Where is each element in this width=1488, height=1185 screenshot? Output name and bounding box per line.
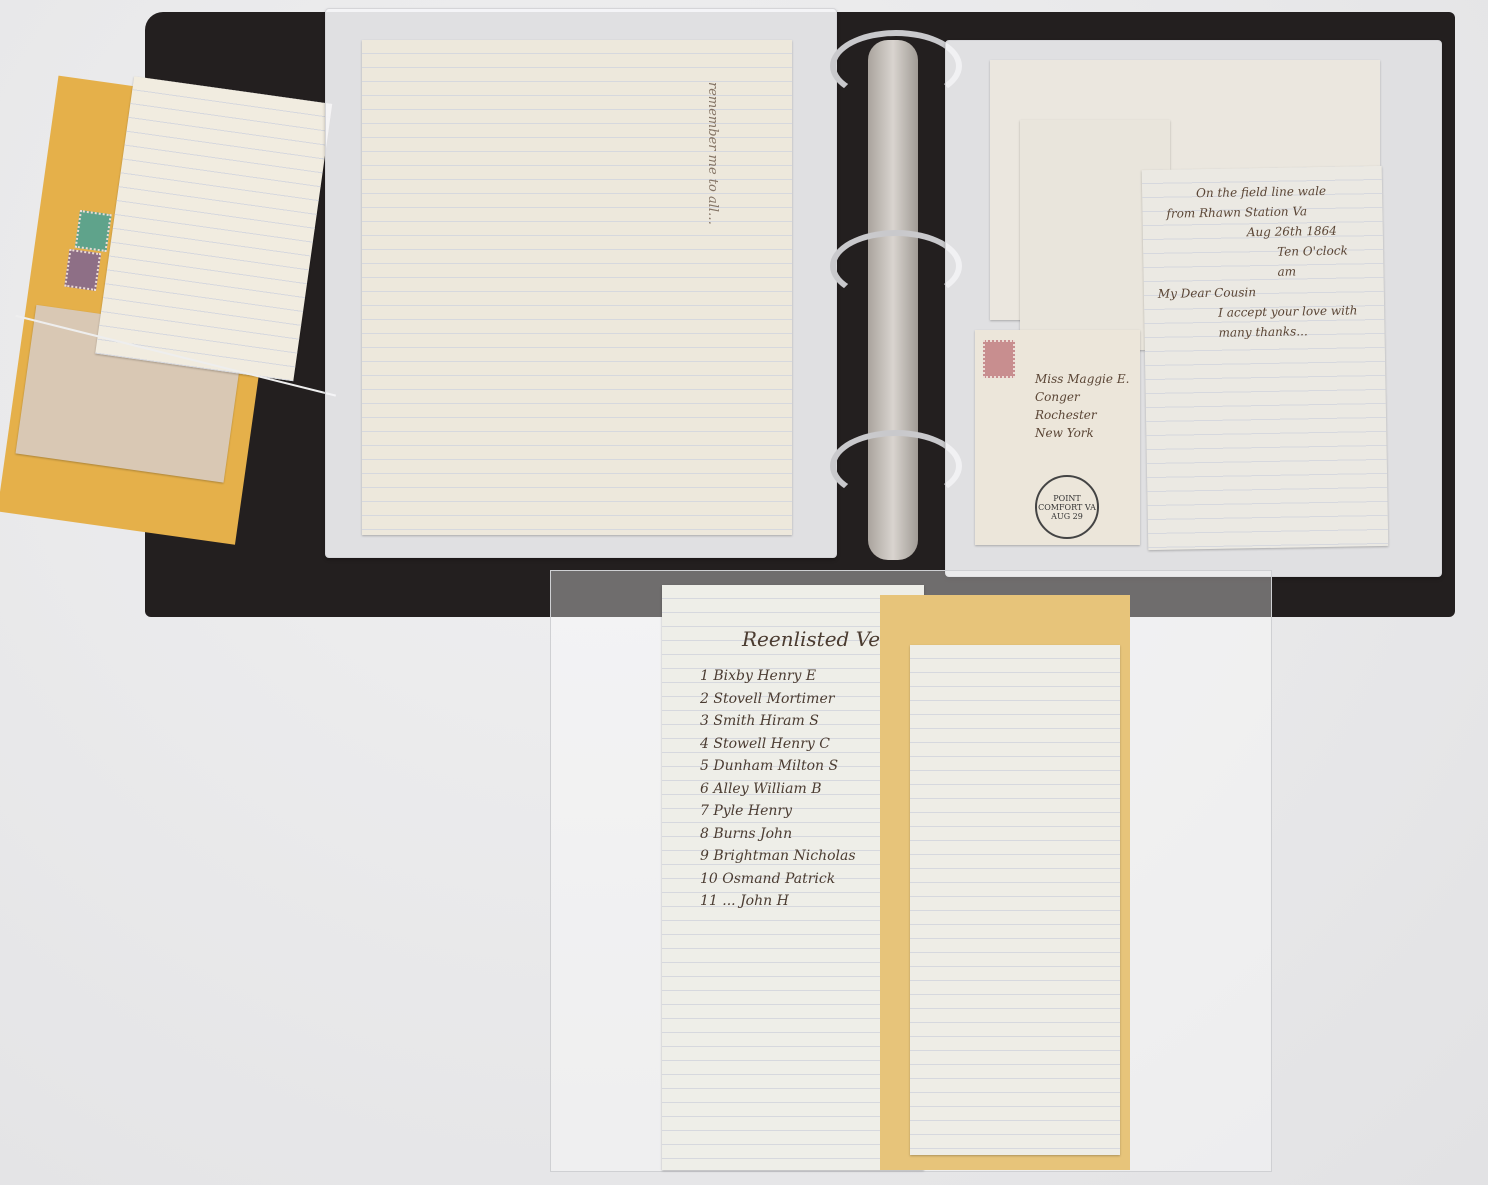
letter-page-left: remember me to all… [362, 40, 792, 535]
roster-entry: 6 Alley William B [700, 778, 856, 801]
postmark-date: AUG 29 [1051, 512, 1083, 521]
roster-entry: 8 Burns John [700, 823, 856, 846]
blank-slip [910, 645, 1120, 1155]
letter-body: I accept your love with many thanks... [1158, 300, 1371, 344]
letter-page-right: On the field line wale from Rhawn Statio… [1142, 166, 1389, 550]
ring-top [830, 30, 962, 102]
ring-middle [830, 230, 962, 302]
roster-entry: 7 Pyle Henry [700, 800, 856, 823]
postmark-text: POINT COMFORT VA [1038, 494, 1096, 512]
red-stamp-icon [983, 340, 1015, 378]
letter-time: Ten O'clock am [1157, 240, 1370, 284]
address-line-1: Miss Maggie E. Conger [1035, 370, 1135, 406]
purple-stamp-icon [64, 249, 101, 291]
roster-title: Reenlisted Vet [742, 627, 888, 651]
roster-entry: 3 Smith Hiram S [700, 710, 856, 733]
envelope: Miss Maggie E. Conger Rochester New York… [975, 330, 1140, 545]
roster-entry: 4 Stowell Henry C [700, 733, 856, 756]
blank-lined-letter [95, 76, 332, 381]
handwriting: remember me to all… [700, 82, 724, 402]
roster-list: 1 Bixby Henry E 2 Stovell Mortimer 3 Smi… [680, 665, 856, 913]
roster-entry: 5 Dunham Milton S [700, 755, 856, 778]
letter-text: On the field line wale from Rhawn Statio… [1142, 166, 1385, 358]
address-line-2: Rochester [1035, 406, 1135, 424]
envelope-address: Miss Maggie E. Conger Rochester New York [1035, 370, 1135, 442]
ring-bottom [830, 430, 962, 502]
roster-entry: 1 Bixby Henry E [700, 665, 856, 688]
postmark: POINT COMFORT VAAUG 29 [1035, 475, 1099, 539]
roster-entry: 11 ... John H [700, 890, 856, 913]
roster-entry: 2 Stovell Mortimer [700, 688, 856, 711]
roster-entry: 9 Brightman Nicholas [700, 845, 856, 868]
green-stamp-icon [75, 210, 112, 252]
roster-entry: 10 Osmand Patrick [700, 868, 856, 891]
address-line-3: New York [1035, 424, 1135, 442]
